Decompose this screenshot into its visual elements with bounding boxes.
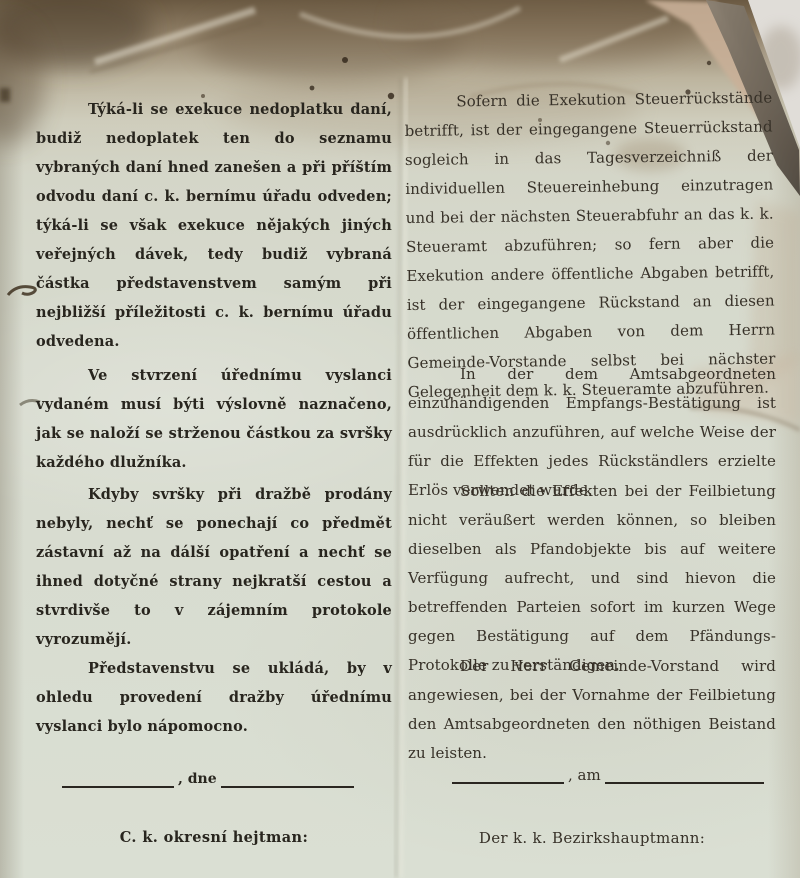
czech-paragraph-4: Představenstvu se ukládá, by v ohledu pr…: [36, 654, 392, 741]
german-date-line: , am: [452, 766, 764, 784]
german-paragraph-4: Der Herr Gemeinde-Vorstand wird angewies…: [408, 652, 776, 768]
date-blank-line: [605, 767, 764, 784]
date-blank-line: [221, 771, 354, 788]
german-paragraph-1: Sofern die Exekution Steuerrückstände be…: [404, 84, 776, 407]
czech-paragraph-2: Ve stvrzení úřednímu vyslanci vydaném mu…: [36, 361, 392, 477]
czech-date-label: , dne: [174, 770, 221, 788]
german-paragraph-3: Sollten die Effekten bei der Feilbietung…: [408, 477, 776, 680]
czech-date-line: , dne: [62, 770, 354, 788]
german-column: Sofern die Exekution Steuerrückstände be…: [408, 0, 776, 878]
czech-paragraph-1: Týká-li se exekuce nedoplatku daní, budi…: [36, 95, 392, 356]
czech-paragraph-3: Kdyby svršky při dražbě prodány nebyly, …: [36, 480, 392, 654]
german-date-label: , am: [564, 766, 605, 784]
document-photo: Týká-li se exekuce nedoplatku daní, budi…: [0, 0, 800, 878]
czech-column: Týká-li se exekuce nedoplatku daní, budi…: [36, 0, 392, 878]
place-blank-line: [62, 771, 174, 788]
place-blank-line: [452, 767, 564, 784]
german-signature-caption: Der k. k. Bezirkshauptmann:: [408, 828, 776, 848]
czech-signature-caption: C. k. okresní hejtman:: [36, 828, 392, 848]
